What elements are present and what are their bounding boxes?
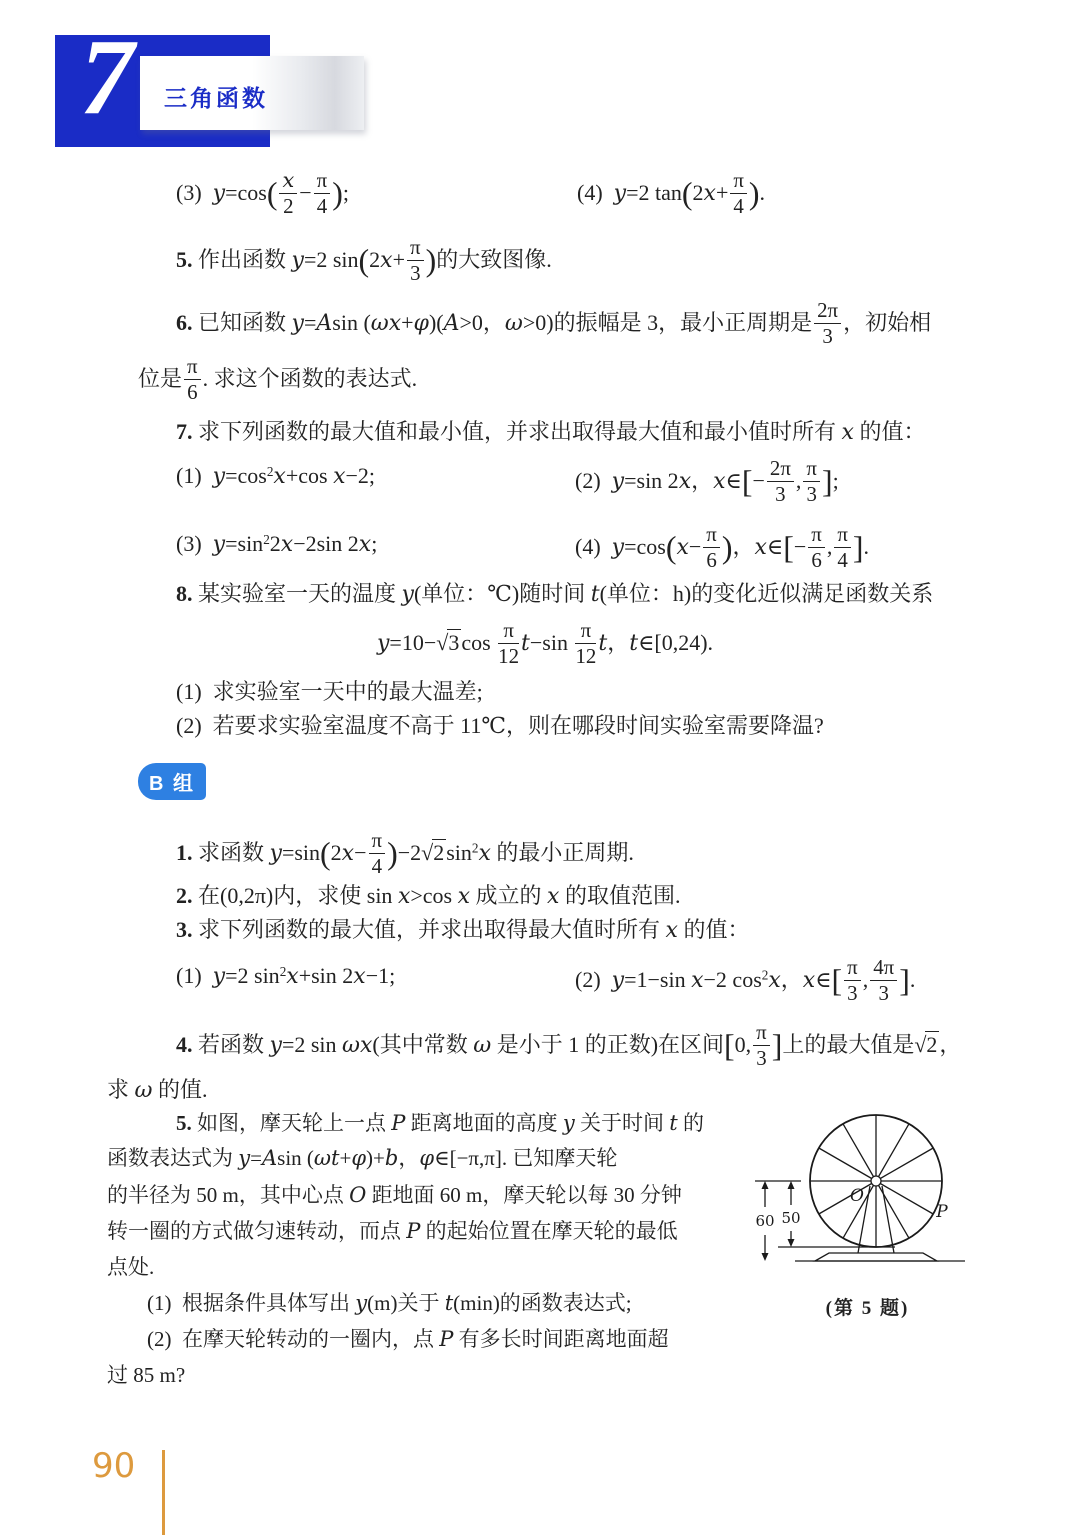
b-problem-5-sub-1: (1) 根据条件具体写出 y(m)关于 t(min)的函数表达式;	[147, 1290, 632, 1317]
point-p-label: P	[935, 1202, 948, 1222]
dimension-60-label: 60	[755, 1212, 774, 1230]
b-problem-5-sub-2-cont: 过 85 m?	[107, 1362, 185, 1389]
problem-6-line-1: 6. 已知函数 y=Asin (ωx+φ)(A>0，ω>0)的振幅是 3，最小正…	[176, 300, 931, 347]
problem-7-sub-1: (1) y=cos2x+cos x−2;	[176, 462, 375, 492]
b-problem-5-line-3: 的半径为 50 m，其中心点 O 距地面 60 m，摩天轮以每 30 分钟	[107, 1182, 682, 1209]
page-number: 90	[92, 1446, 135, 1486]
problem-8-sub-2: (2) 若要求实验室温度不高于 11℃，则在哪段时间实验室需要降温?	[176, 712, 824, 741]
problem-7-sub-3: (3) y=sin22x−2sin 2x;	[176, 530, 377, 560]
problem-7-sub-4: (4) y=cos(x−π6)，x∈[−π6,π4].	[575, 524, 869, 571]
ferris-wheel-diagram: 60 50 O P	[745, 1093, 990, 1293]
group-b-badge-label: B 组	[149, 767, 195, 796]
b-problem-4-line-1: 4. 若函数 y=2 sin ωx(其中常数 ω 是小于 1 的正数)在区间[0…	[176, 1022, 961, 1069]
textbook-page: 7 三角函数 (3) y=cos(x2−π4); (4) y=2 tan(2x+…	[0, 0, 1080, 1535]
chapter-number: 7	[80, 28, 134, 128]
exercise-a-item-4: (4) y=2 tan(2x+π4).	[577, 170, 765, 217]
problem-5: 5. 作出函数 y=2 sin(2x+π3)的大致图像.	[176, 237, 552, 284]
problem-8: 8. 某实验室一天的温度 y(单位：℃)随时间 t(单位：h)的变化近似满足函数…	[176, 580, 933, 610]
b-problem-1: 1. 求函数 y=sin(2x−π4)−2√2sin2x 的最小正周期.	[176, 830, 634, 877]
b-problem-5-line-2: 函数表达式为 y=Asin (ωt+φ)+b，φ∈[−π,π]. 已知摩天轮	[107, 1145, 617, 1172]
b-problem-3: 3. 求下列函数的最大值，并求出取得最大值时所有 x 的值：	[176, 916, 749, 946]
problem-7: 7. 求下列函数的最大值和最小值，并求出取得最大值和最小值时所有 x 的值：	[176, 418, 925, 448]
exercise-a-item-3: (3) y=cos(x2−π4);	[176, 170, 349, 217]
b-problem-2: 2. 在(0,2π)内，求使 sin x>cos x 成立的 x 的取值范围.	[176, 882, 680, 912]
chapter-banner: 三角函数	[140, 56, 364, 130]
b-problem-5-sub-2: (2) 在摩天轮转动的一圈内，点 P 有多长时间距离地面超	[147, 1326, 669, 1353]
b-problem-5-line-1: 5. 如图，摩天轮上一点 P 距离地面的高度 y 关于时间 t 的	[176, 1110, 704, 1137]
chapter-title: 三角函数	[164, 80, 268, 113]
ferris-wheel-figure: 60 50 O P (第 5 题)	[745, 1093, 990, 1320]
b-problem-4-line-2: 求 ω 的值.	[107, 1076, 207, 1106]
b-problem-3-sub-1: (1) y=2 sin2x+sin 2x−1;	[176, 962, 395, 992]
footer-rule	[162, 1450, 165, 1535]
problem-7-sub-2: (2) y=sin 2x，x∈[−2π3,π3];	[575, 458, 839, 505]
problem-8-sub-1: (1) 求实验室一天中的最大温差;	[176, 678, 483, 707]
figure-caption: (第 5 题)	[745, 1293, 990, 1320]
b-problem-5-line-5: 点处.	[107, 1254, 154, 1281]
b-problem-3-sub-2: (2) y=1−sin x−2 cos2x，x∈[π3,4π3].	[575, 957, 915, 1004]
group-b-badge: B 组	[138, 763, 206, 800]
dimension-50-label: 50	[781, 1209, 800, 1227]
problem-8-formula: y=10−√3cos π12t−sin π12t，t∈[0,24).	[140, 620, 950, 667]
b-problem-5-line-4: 转一圈的方式做匀速转动，而点 P 的起始位置在摩天轮的最低	[107, 1218, 678, 1245]
center-point-label: O	[850, 1186, 864, 1206]
problem-6-line-2: 位是π6. 求这个函数的表达式.	[138, 356, 417, 403]
